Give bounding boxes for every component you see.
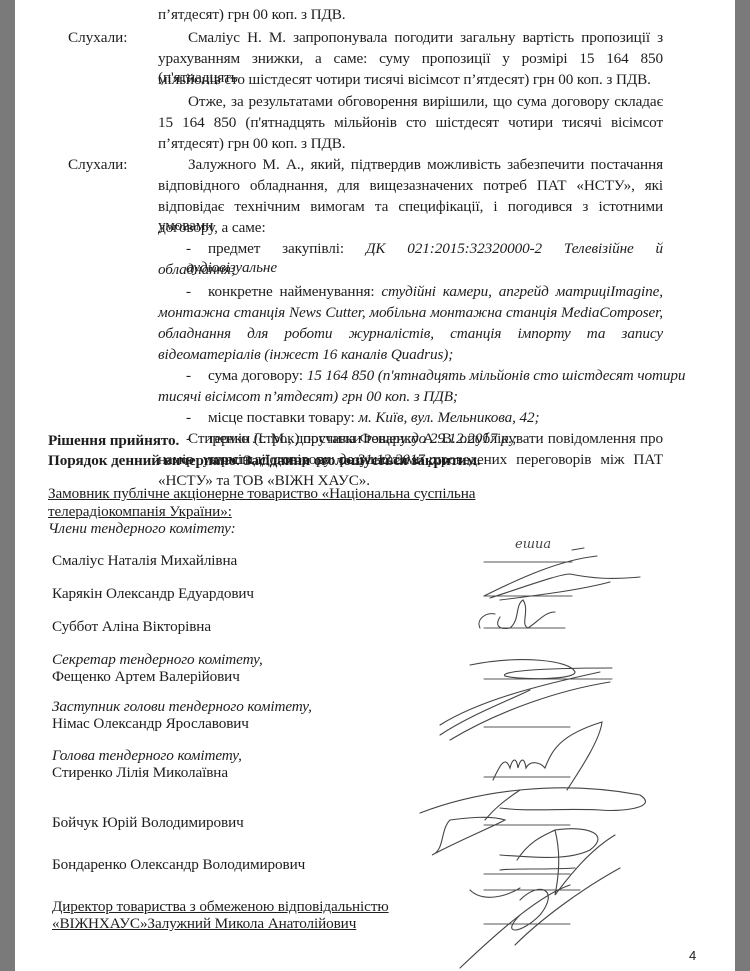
continuation-line: п’ятдесят) грн 00 коп. з ПДВ. <box>158 6 345 25</box>
list-item-place: -місце поставки товару: м. Київ, вул. Ме… <box>186 409 540 428</box>
committee-members-label: Члени тендерного комітету: <box>48 520 236 539</box>
page-number: 4 <box>689 948 696 963</box>
signatory-name-8: Бондаренко Олександр Володимирович <box>52 856 305 875</box>
customer-line-1: Замовник публічне акціонерне товариство … <box>48 485 475 504</box>
heard-2-line-2: відповідного обладнання, для вищезазначе… <box>158 177 663 196</box>
supplier-line-2: «ВІЖНХАУС»Залужний Микола Анатолійович <box>52 915 356 934</box>
list-item-name-cont-2: обладнання для роботи журналістів, станц… <box>158 325 663 344</box>
instruction-line-1: Стиренко Л. М., доручила Фещенку А. В. о… <box>188 430 663 449</box>
signatory-name-7: Бойчук Юрій Володимирович <box>52 814 244 833</box>
signatory-role-5: Заступник голови тендерного комітету, <box>52 698 312 717</box>
customer-line-2: телерадіокомпанія України»: <box>48 503 232 522</box>
dash-bullet: - <box>186 240 208 259</box>
list-item-subject-cont: обладнання; <box>158 261 236 280</box>
list-item-name-cont-3: відеоматеріалів (інжест 16 каналів Quadr… <box>158 346 453 365</box>
list-item-amount-cont: тисячі вісімсот п’ятдесят) грн 00 коп. з… <box>158 388 458 407</box>
dash-bullet: - <box>186 367 208 386</box>
signatory-name-6: Стиренко Лілія Миколаївна <box>52 764 228 783</box>
signatory-name-5: Німас Олександр Ярославович <box>52 715 249 734</box>
heard-1-line-1: Смаліус Н. М. запропонувала погодити заг… <box>188 29 663 48</box>
heard-2-line-1: Залужного М. А., який, підтвердив можлив… <box>188 156 663 175</box>
heard-1-conclusion-3: п’ятдесят) грн 00 коп. з ПДВ. <box>158 135 345 154</box>
list-item-amount: -сума договору: 15 164 850 (п'ятнадцять … <box>186 367 685 386</box>
signatory-name-2: Карякін Олександр Едуардович <box>52 585 254 604</box>
heard-label-2: Слухали: <box>68 156 128 175</box>
dash-bullet: - <box>186 409 208 428</box>
closing-text: Порядок денний вичерпано. Засідання огол… <box>48 452 481 471</box>
heard-2-line-4: договору, а саме: <box>158 219 266 238</box>
heard-label-1: Слухали: <box>68 29 128 48</box>
dash-bullet: - <box>186 283 208 302</box>
heard-1-conclusion-2: 15 164 850 (п'ятнадцять мільйонів сто ші… <box>158 114 663 133</box>
list-item-name: -конкретне найменування: студійні камери… <box>186 283 663 302</box>
heard-1-conclusion-1: Отже, за результатами обговорення виріши… <box>188 93 663 112</box>
signatory-name-4: Фещенко Артем Валерійович <box>52 668 240 687</box>
signatory-role-4: Секретар тендерного комітету, <box>52 651 263 670</box>
signatory-name-1: Смаліус Наталія Михайлівна <box>52 552 237 571</box>
decision-text: Рішення прийнято. <box>48 432 179 451</box>
signatory-name-3: Суббот Аліна Вікторівна <box>52 618 211 637</box>
list-item-subject: -предмет закупівлі: ДК 021:2015:32320000… <box>186 240 663 278</box>
supplier-line-1: Директор товариства з обмеженою відповід… <box>52 898 389 917</box>
list-item-name-cont-1: монтажна станція News Cutter, мобільна м… <box>158 304 663 323</box>
heard-1-line-3: мільйонів сто шістдесят чотири тисячі ві… <box>158 71 651 90</box>
signatory-role-6: Голова тендерного комітету, <box>52 747 242 766</box>
